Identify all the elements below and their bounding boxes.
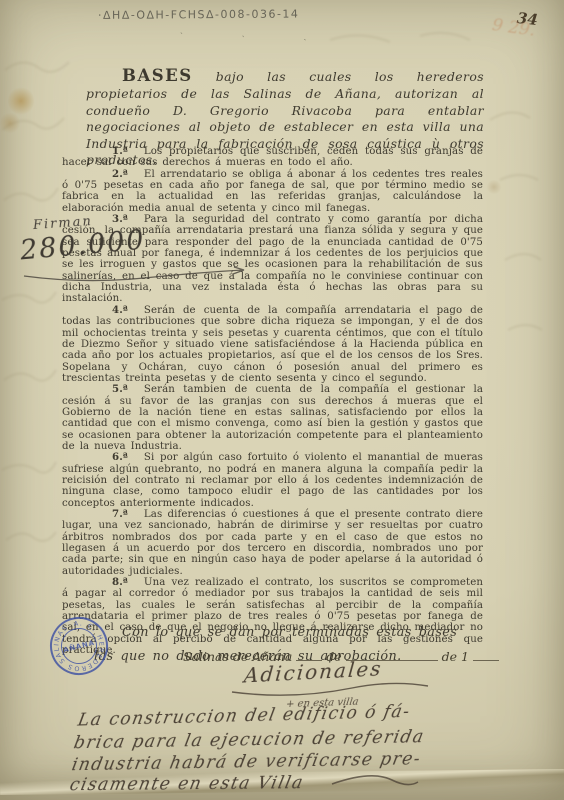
clause-text: Las diferencias ó cuestiones á que el pr… bbox=[62, 509, 483, 577]
clause-7: 7.ªLas diferencias ó cuestiones á que el… bbox=[62, 509, 483, 577]
pencil-tick-marks: ˎ ˎ ˎ bbox=[180, 24, 335, 43]
clause-number: 5.ª bbox=[112, 383, 128, 395]
handwritten-line: cisamente en esta Villa bbox=[68, 773, 306, 795]
clause-list: 1.ªLos propietarios que suscriben, ceden… bbox=[62, 146, 483, 656]
clause-6: 6.ªSi por algún caso fortuito ó violento… bbox=[62, 452, 483, 509]
document-title: BASES bbox=[122, 66, 193, 85]
line-end-flourish bbox=[330, 770, 420, 794]
clause-4: 4.ªSerán de cuenta de la compañía arrend… bbox=[62, 305, 483, 384]
clause-1: 1.ªLos propietarios que suscriben, ceden… bbox=[62, 146, 483, 169]
dateline-de2: de 1 bbox=[442, 649, 469, 664]
clause-number: 6.ª bbox=[112, 451, 128, 463]
handwritten-line: La construccion del edificio ó fá- bbox=[76, 702, 412, 731]
clause-number: 1.ª bbox=[112, 145, 128, 157]
stain bbox=[0, 112, 20, 134]
clause-number: 8.ª bbox=[112, 576, 128, 588]
clause-5: 5.ªSerán tambien de cuenta de la compañí… bbox=[62, 384, 483, 452]
stamp-ring-text: A. C. HEREDEROS SALINAS ✚ bbox=[23, 590, 111, 684]
clause-number: 7.ª bbox=[112, 508, 128, 520]
clause-text: Serán de cuenta de la compañía arrendata… bbox=[62, 305, 483, 384]
clause-2: 2.ªEl arrendatario se obliga á abonar á … bbox=[62, 169, 483, 214]
archive-reference: ·ΔHΔ-OΔH-FCHSΔ-008-036-14 bbox=[98, 7, 358, 22]
margin-arrow bbox=[20, 258, 250, 282]
stamp-center-text: AÑANA bbox=[62, 638, 95, 655]
heading-flourish bbox=[230, 678, 430, 698]
clause-number: 4.ª bbox=[112, 304, 128, 316]
blank-year bbox=[473, 660, 499, 661]
clause-number: 3.ª bbox=[112, 213, 128, 225]
stain bbox=[486, 180, 502, 194]
clause-number: 2.ª bbox=[112, 168, 128, 180]
scanned-document-page: ·ΔHΔ-OΔH-FCHSΔ-008-036-14 34 9 29. ˎ ˎ ˎ… bbox=[0, 0, 564, 800]
